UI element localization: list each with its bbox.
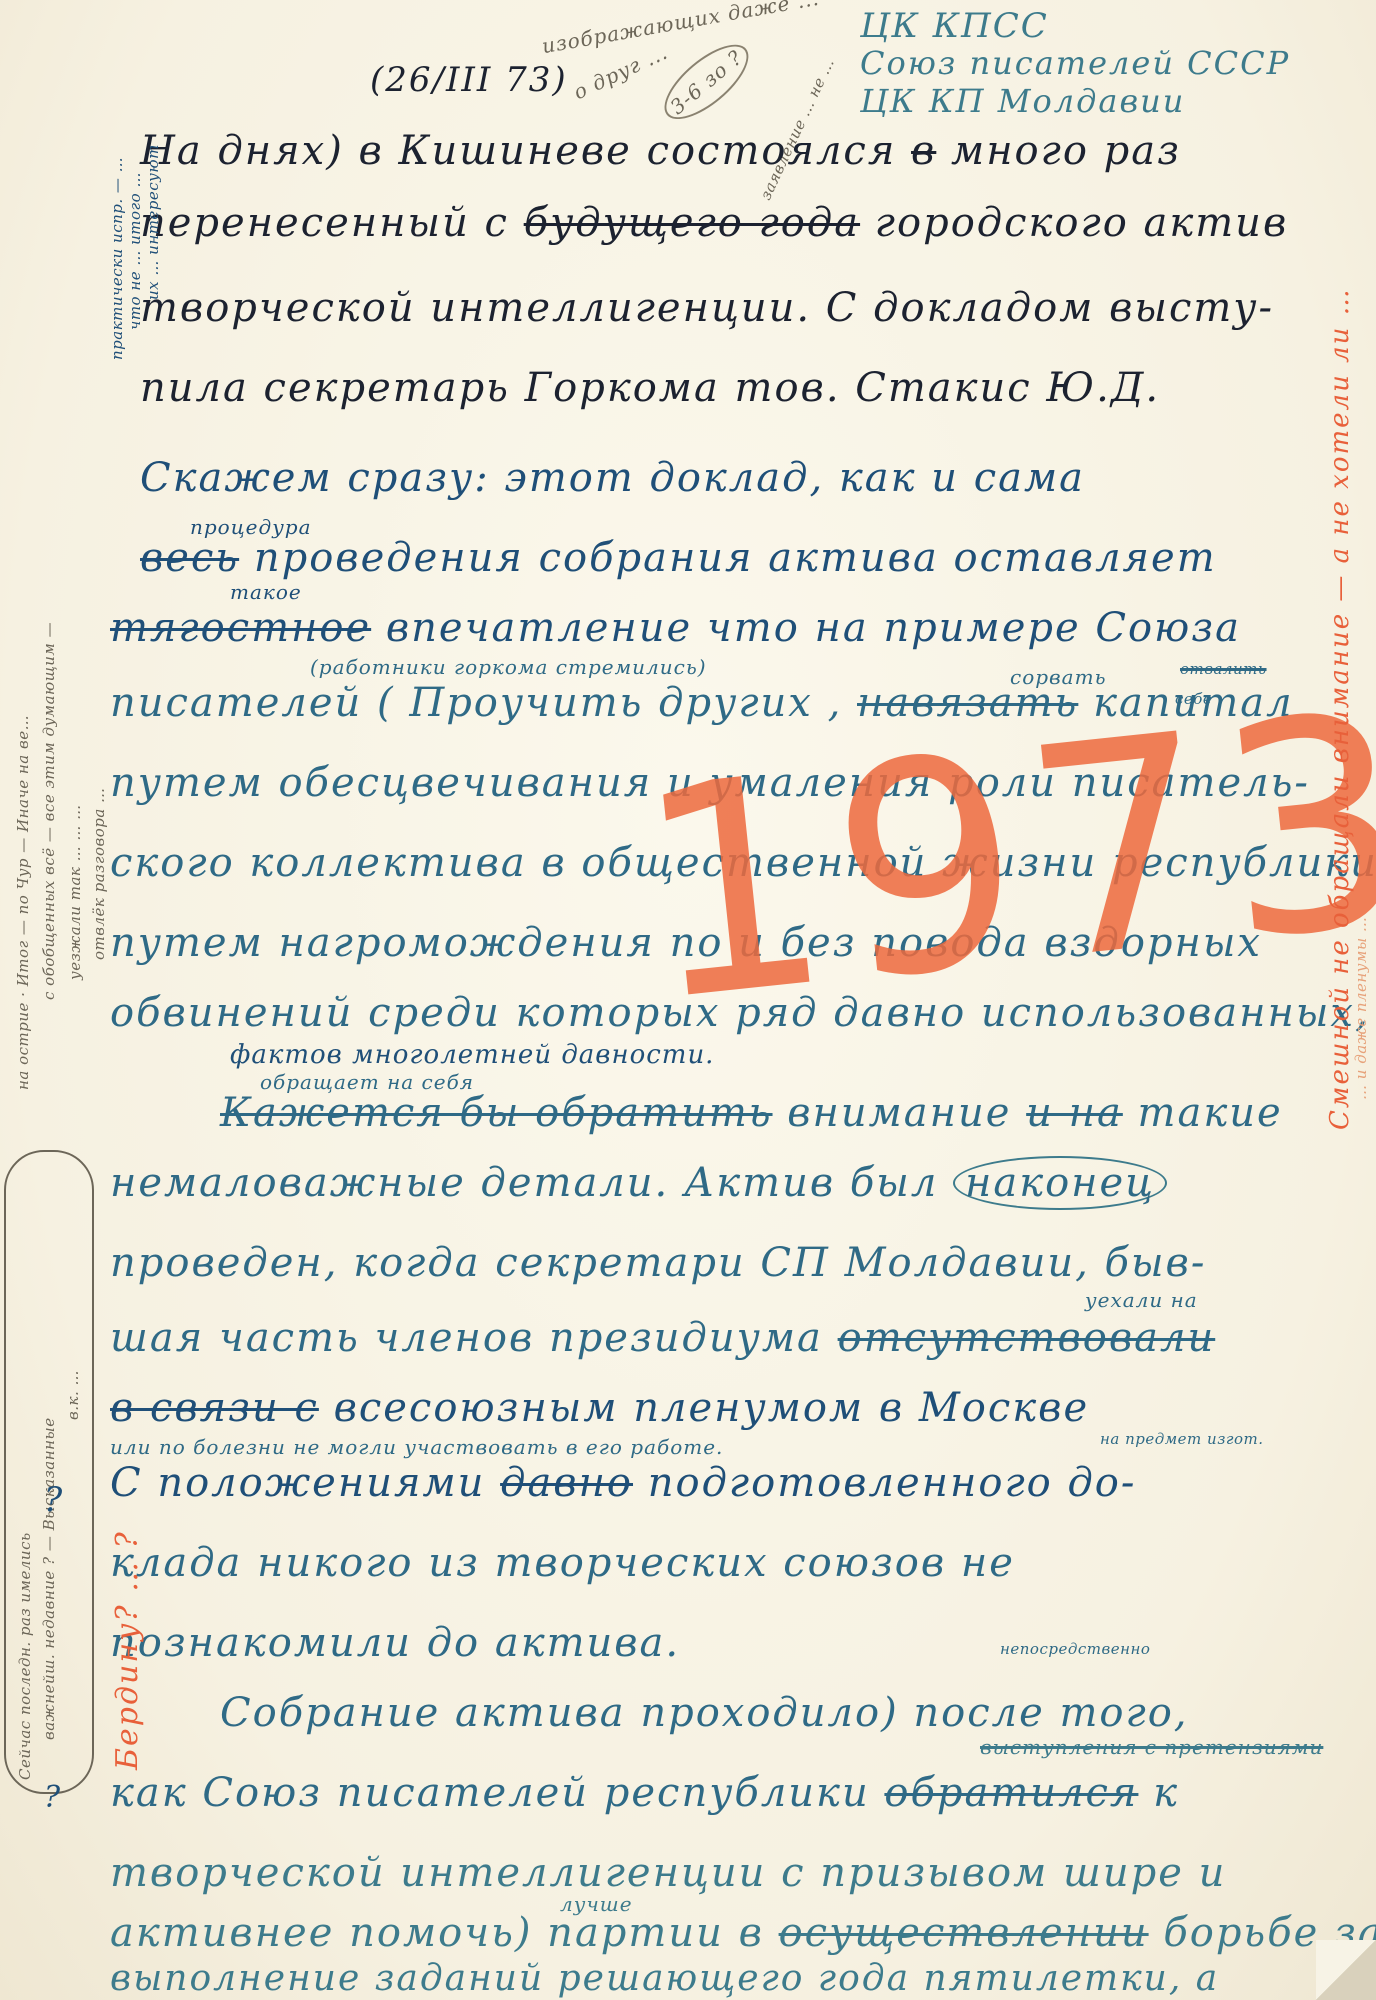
body-line-4: пила секретарь Горкома тов. Стакис Ю.Д.	[140, 365, 1160, 411]
body-line-13: Кажется бы обратить внимание и на такие	[220, 1090, 1283, 1136]
body-line-14: немаловажные детали. Актив был наконец	[110, 1160, 1167, 1206]
body-line-17: в связи с всесоюзным пленумом в Москве	[110, 1385, 1089, 1431]
manuscript-page: (26/III 73) изображающих даже ... о друг…	[0, 0, 1376, 2000]
body-line-21: Собрание актива проходило) после того,	[220, 1690, 1189, 1736]
body-line-22: как Союз писателей республики обратился …	[110, 1770, 1179, 1816]
note-line-17: или по болезни не могли участвовать в ег…	[110, 1435, 723, 1459]
addressee-1: ЦК КПСС	[860, 6, 1049, 46]
body-line-2: перенесенный с будущего года городского …	[140, 200, 1288, 246]
date-note: (26/III 73)	[370, 60, 568, 100]
body-line-16: шая часть членов президиума отсутствовал…	[110, 1315, 1215, 1361]
addressee-3: ЦК КП Молдавии	[860, 82, 1185, 120]
insert-line-8: (работники горкома стремились)	[310, 655, 707, 679]
body-line-25: выполнение заданий решающего года пятиле…	[110, 1958, 1219, 1999]
right-red-note: Смешной не обращали внимание — а не хоте…	[1325, 287, 1355, 1130]
left-lower-note-1: Сейчас последн. раз имелись	[16, 1532, 34, 1780]
right-pencil-note: … и даже пленумы …	[1352, 917, 1370, 1100]
left-pencil-note-1: на острие · Итог — по Чур — Иначе на ве…	[14, 715, 32, 1090]
body-line-3: творческой интеллигенции. С докладом выс…	[140, 285, 1274, 331]
left-pencil-note-4: отвлёк разговора …	[90, 787, 108, 960]
left-pencil-note-2: с обобщенных всё — все этим думающим —	[40, 622, 58, 1000]
left-pencil-note-3: уезжали так … … …	[66, 804, 84, 980]
left-lower-note-3: в.к. …	[64, 1370, 82, 1420]
body-line-1: На днях) в Кишиневе состоялся в много ра…	[140, 128, 1181, 174]
left-blue-note-1: практически испр. — …	[108, 157, 126, 360]
insert-line-21: непосредственно	[1000, 1640, 1150, 1658]
left-blue-note-2: что не … итого …	[126, 172, 144, 330]
body-line-7: тягостное впечатление что на примере Сою…	[110, 605, 1241, 651]
top-pencil-circled-note: 3-6 зо ?	[653, 32, 760, 132]
body-line-20: познакомили до актива.	[110, 1620, 680, 1666]
body-line-6: весь проведения собрания актива оставляе…	[140, 535, 1217, 581]
body-line-23: творческой интеллигенции с призывом шире…	[110, 1850, 1226, 1896]
struck-line-22: выступления с претензиями	[980, 1735, 1323, 1759]
question-mark-1: ?	[44, 1480, 64, 1520]
body-line-15: проведен, когда секретари СП Молдавии, б…	[110, 1240, 1206, 1286]
page-corner-fold	[1316, 1940, 1376, 2000]
insert-line-12: фактов многолетней давности.	[230, 1040, 714, 1070]
left-red-note: Бердину? … ?	[110, 1530, 145, 1770]
left-blue-note-3: их … интересуют	[144, 144, 162, 300]
body-line-24: активнее помочь) партии в осуществлении …	[110, 1910, 1376, 1956]
body-line-5: Скажем сразу: этот доклад, как и сама	[140, 455, 1085, 501]
body-line-18: С положениями давно подготовленного до-	[110, 1460, 1136, 1506]
insert-line-18: на предмет изгот.	[1100, 1430, 1264, 1448]
insert-line-16: уехали на	[1085, 1288, 1198, 1312]
body-line-19: клада никого из творческих союзов не	[110, 1540, 1015, 1586]
addressee-2: Союз писателей СССР	[860, 44, 1290, 82]
question-mark-2: ?	[44, 1780, 62, 1815]
insert-line-7: такое	[230, 580, 302, 604]
top-pencil-note-1: изображающих даже ...	[540, 0, 821, 58]
left-lower-note-2: важнейш. недавние ? — Высказанные	[40, 1417, 58, 1740]
